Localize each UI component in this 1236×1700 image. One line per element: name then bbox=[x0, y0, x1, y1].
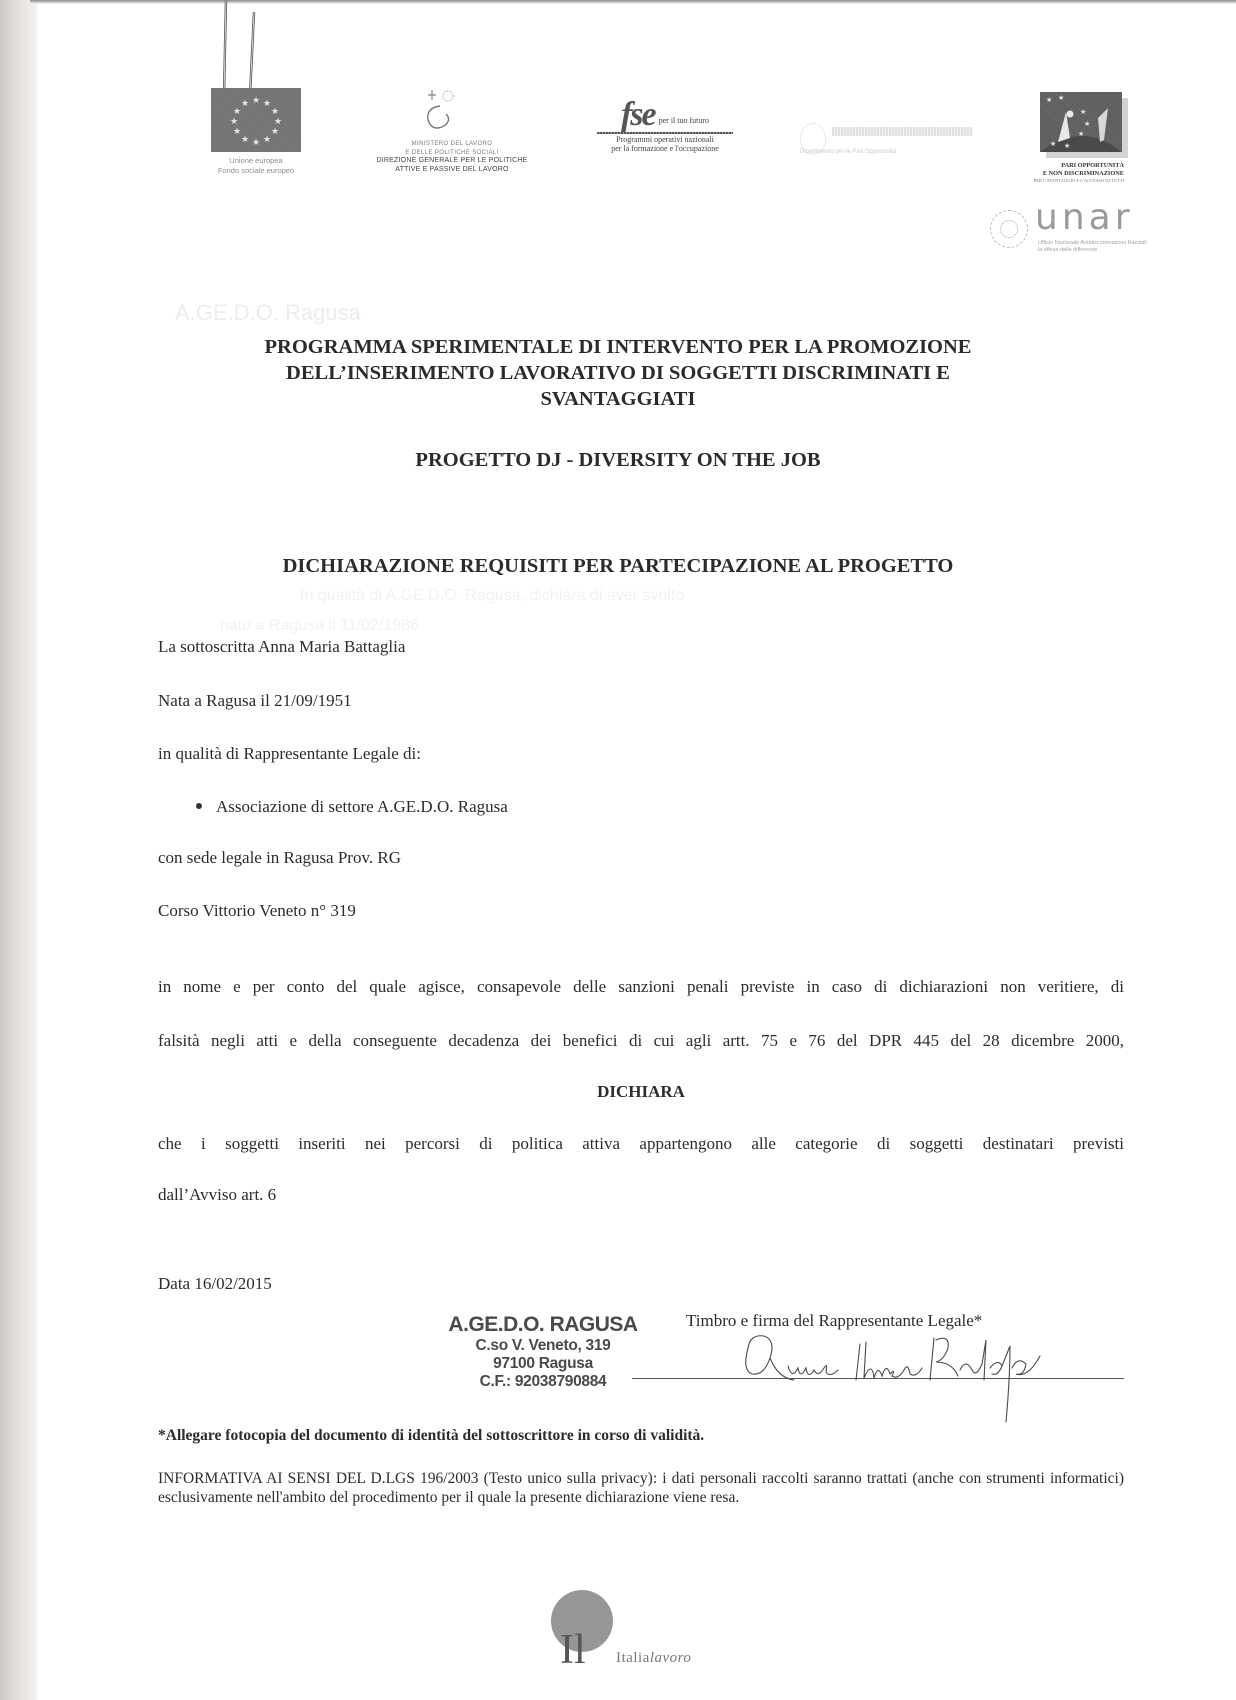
seat-line: con sede legale in Ragusa Prov. RG bbox=[158, 848, 401, 868]
program-title: PROGRAMMA SPERIMENTALE DI INTERVENTO PER… bbox=[158, 334, 1078, 412]
svg-text:★: ★ bbox=[241, 99, 249, 109]
svg-text:★: ★ bbox=[263, 135, 271, 145]
dichiara-heading: DICHIARA bbox=[158, 1082, 1124, 1102]
signer-line: La sottoscritta Anna Maria Battaglia bbox=[158, 637, 405, 657]
ghost-text: nato a Ragusa il 11/02/1986 bbox=[220, 617, 419, 635]
dipartimento-banner bbox=[832, 127, 972, 136]
pari-opportunita-figures-icon: ★★★ ★★★★ bbox=[1040, 92, 1122, 152]
declaration-title: DICHIARAZIONE REQUISITI PER PARTECIPAZIO… bbox=[158, 553, 1078, 579]
organization-list-item: Associazione di settore A.GE.D.O. Ragusa bbox=[196, 797, 508, 817]
svg-text:★: ★ bbox=[252, 96, 260, 106]
fse-mark: fse bbox=[621, 100, 655, 130]
unar-caption: Ufficio Nazionale Antidiscriminazioni Ra… bbox=[1038, 240, 1138, 254]
svg-text:★: ★ bbox=[1046, 96, 1052, 104]
svg-text:★: ★ bbox=[233, 127, 241, 137]
address-line: Corso Vittorio Veneto n° 319 bbox=[158, 901, 356, 921]
eu-stars-icon: ★★★ ★★★ ★★★ ★★★ bbox=[211, 88, 301, 152]
svg-text:★: ★ bbox=[252, 138, 260, 148]
fse-rule bbox=[597, 132, 733, 134]
svg-text:★: ★ bbox=[271, 127, 279, 137]
italia-lavoro-wordmark: Italialavoro bbox=[616, 1650, 691, 1667]
pari-opportunita-flag-icon: ★★★ ★★★★ bbox=[1040, 92, 1122, 152]
ministry-caption: MINISTERO DEL LAVORO E DELLE POLITICHE S… bbox=[362, 140, 542, 174]
body-line: falsità negli atti e della conseguente d… bbox=[158, 1031, 1124, 1051]
fse-tagline: per il tuo futuro bbox=[659, 116, 709, 125]
svg-text:★: ★ bbox=[263, 99, 271, 109]
pari-opportunita-caption: PARI OPPORTUNITÀ E NON DISCRIMINAZIONE P… bbox=[1020, 162, 1124, 185]
body-line: in nome e per conto del quale agisce, co… bbox=[158, 977, 1124, 997]
eu-flag-icon: ★★★ ★★★ ★★★ ★★★ bbox=[211, 88, 301, 152]
birth-line: Nata a Ragusa il 21/09/1951 bbox=[158, 691, 352, 711]
role-line: in qualità di Rappresentante Legale di: bbox=[158, 744, 421, 764]
svg-text:★: ★ bbox=[1050, 140, 1056, 148]
ghost-text: A.GE.D.O. Ragusa bbox=[175, 300, 361, 326]
ministry-emblem-icon bbox=[418, 86, 458, 136]
scan-edge-shadow bbox=[0, 0, 38, 1700]
ghost-text: In qualità di A.GE.D.O. Ragusa, dichiara… bbox=[300, 587, 684, 605]
dipartimento-logo: Dipartimento per le Pari Opportunità bbox=[800, 123, 980, 163]
eu-caption: Unione europea Fondo sociale europeo bbox=[196, 156, 316, 176]
fse-logo: fse per il tuo futuro Programmi operativ… bbox=[585, 100, 745, 153]
declaration-line: che i soggetti inseriti nei percorsi di … bbox=[158, 1134, 1124, 1154]
svg-text:★: ★ bbox=[1078, 130, 1084, 138]
svg-text:★: ★ bbox=[230, 117, 238, 127]
svg-text:★: ★ bbox=[233, 107, 241, 117]
privacy-notice: INFORMATIVA AI SENSI DEL D.LGS 196/2003 … bbox=[158, 1469, 1124, 1507]
organization-stamp: A.GE.D.O. RAGUSA C.so V. Veneto, 319 971… bbox=[430, 1313, 656, 1391]
project-title: PROGETTO DJ - DIVERSITY ON THE JOB bbox=[158, 447, 1078, 473]
svg-text:★: ★ bbox=[1064, 142, 1070, 150]
bullet-icon bbox=[196, 803, 202, 809]
svg-text:★: ★ bbox=[274, 117, 282, 127]
declaration-line: dall’Avviso art. 6 bbox=[158, 1185, 276, 1205]
svg-text:★: ★ bbox=[271, 107, 279, 117]
svg-text:★: ★ bbox=[1080, 108, 1086, 116]
svg-text:★: ★ bbox=[241, 135, 249, 145]
scan-top-edge bbox=[30, 0, 1236, 4]
unar-wordmark: unar bbox=[1035, 200, 1134, 236]
svg-text:★: ★ bbox=[1058, 94, 1064, 102]
date-line: Data 16/02/2015 bbox=[158, 1274, 272, 1294]
attachment-note: *Allegare fotocopia del documento di ide… bbox=[158, 1426, 704, 1445]
svg-text:★: ★ bbox=[1084, 120, 1090, 128]
handwritten-signature-icon bbox=[740, 1318, 1080, 1428]
italia-lavoro-mark: Il bbox=[560, 1628, 586, 1672]
unar-seal-icon bbox=[990, 210, 1028, 248]
